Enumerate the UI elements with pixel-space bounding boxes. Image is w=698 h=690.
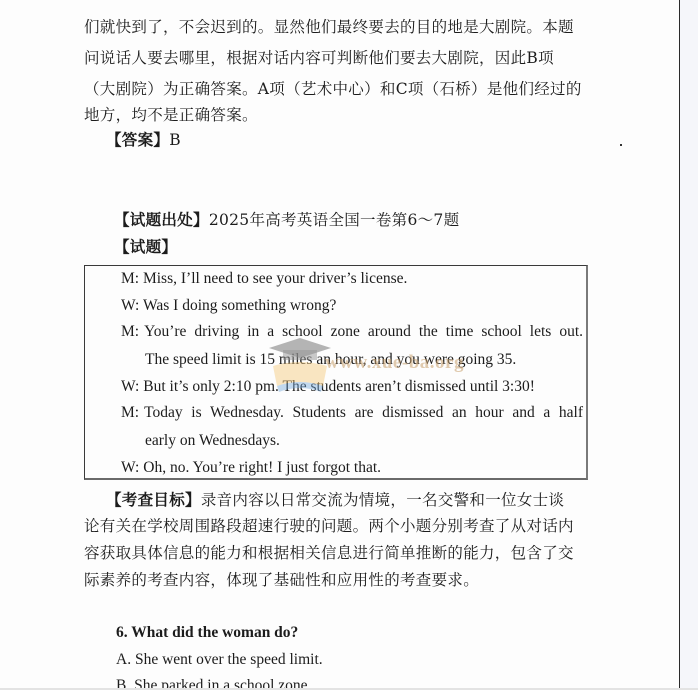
dialogue-line-1: M: Miss, I’ll need to see your driver’s … [121, 270, 407, 288]
source-value: 2025年高考英语全国一卷第6～7题 [209, 211, 460, 229]
question-6-option-a: A. She went over the speed limit. [116, 651, 323, 669]
dialogue-line-4: The speed limit is 15 miles an hour, and… [145, 351, 516, 369]
speaker: W: [121, 459, 139, 476]
question-heading: 【试题】 [114, 231, 177, 263]
question-6-title: 6. What did the woman do? [116, 624, 298, 642]
dialogue-line-3: M:You’re driving in a school zone around… [121, 323, 583, 341]
utterance: The speed limit is 15 miles an hour, and… [145, 351, 516, 368]
objective-line-4: 际素养的考查内容，体现了基础性和应用性的考查要求。 [84, 565, 479, 596]
utterance: You’re driving in a school zone around t… [144, 323, 583, 341]
dialogue-line-6: M:Today is Wednesday. Students are dismi… [121, 404, 583, 422]
utterance: Miss, I’ll need to see your driver’s lic… [143, 270, 407, 287]
utterance: early on Wednesdays. [145, 432, 280, 449]
utterance: Today is Wednesday. Students are dismiss… [144, 404, 583, 422]
answer-value: B [169, 131, 181, 149]
speaker: M: [121, 270, 139, 287]
answer-label: 【答案】 [106, 130, 169, 149]
speaker: M: [121, 323, 139, 341]
explanation-line-1: 们就快到了，不会迟到的。显然他们最终要去的目的地是大剧院。本题 [84, 12, 574, 43]
speaker: W: [121, 378, 139, 395]
utterance: Oh, no. You’re right! I just forgot that… [143, 459, 381, 476]
dialogue-line-7: early on Wednesdays. [145, 432, 280, 450]
explanation-line-2: 问说话人要去哪里，根据对话内容可判断他们要去大剧院，因此B项 [84, 43, 554, 74]
speaker: W: [121, 297, 139, 314]
utterance: Was I doing something wrong? [143, 297, 336, 314]
viewer-gutter [680, 0, 698, 690]
dialogue-line-2: W: Was I doing something wrong? [121, 297, 336, 315]
objective-label: 【考查目标】 [106, 490, 201, 509]
scan-speck [620, 144, 622, 146]
dialogue-line-8: W: Oh, no. You’re right! I just forgot t… [121, 459, 381, 477]
utterance: But it’s only 2:10 pm. The students aren… [143, 378, 535, 395]
source-label: 【试题出处】 [114, 210, 209, 229]
speaker: M: [121, 404, 139, 422]
answer-line: 【答案】B [106, 124, 181, 156]
document-page: 们就快到了，不会迟到的。显然他们最终要去的目的地是大剧院。本题 问说话人要去哪里… [0, 0, 679, 688]
dialogue-line-5: W: But it’s only 2:10 pm. The students a… [121, 378, 535, 396]
